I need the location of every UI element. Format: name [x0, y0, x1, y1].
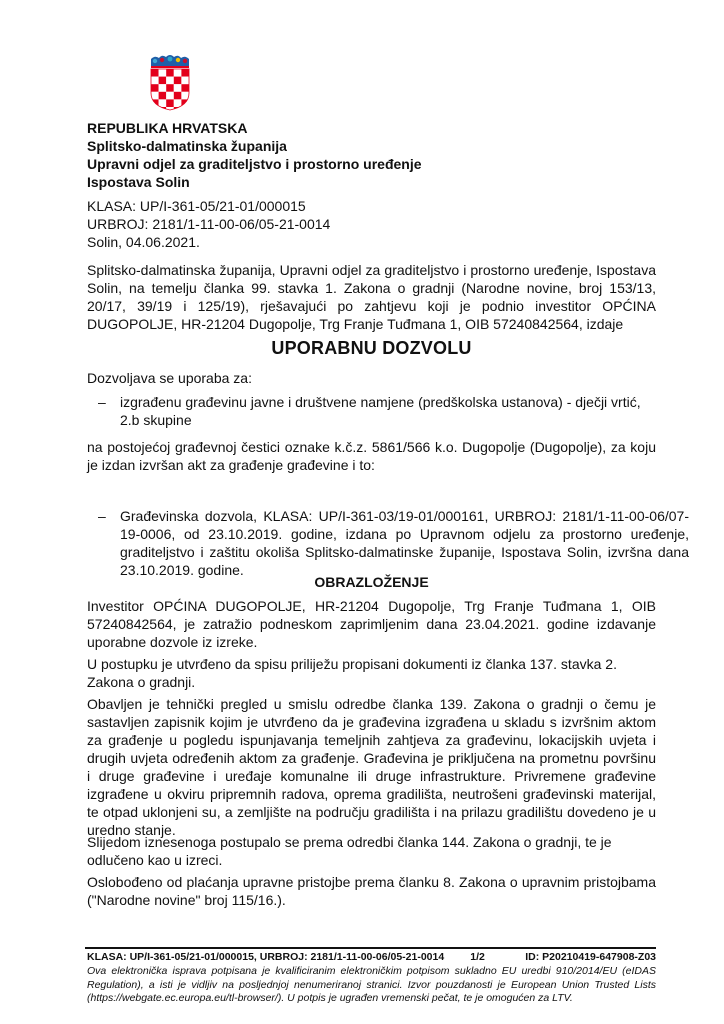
document-id: ID: P20210419-647908-Z03	[525, 951, 656, 964]
header-county: Splitsko-dalmatinska županija	[87, 137, 656, 155]
reasoning-paragraph-4: Slijedom iznesenoga postupalo se prema o…	[87, 833, 656, 869]
footer-divider	[85, 947, 656, 949]
building-permit-text: Građevinska dozvola, KLASA: UP/I-361-03/…	[120, 508, 689, 578]
parcel-paragraph: na postojećoj građevnoj čestici oznake k…	[87, 438, 656, 474]
dash-bullet: –	[98, 507, 106, 525]
ruling-item: – izgrađenu građevinu javne i društvene …	[87, 393, 660, 429]
reasoning-title: OBRAZLOŽENJE	[87, 573, 656, 591]
issuer-header: REPUBLIKA HRVATSKA Splitsko-dalmatinska …	[87, 119, 656, 191]
building-permit-item: – Građevinska dozvola, KLASA: UP/I-361-0…	[87, 507, 689, 579]
reasoning-paragraph-5: Oslobođeno od plaćanja upravne pristojbe…	[87, 873, 656, 909]
ruling-item-text: izgrađenu građevinu javne i društvene na…	[120, 393, 660, 429]
page-number: 1/2	[470, 951, 525, 964]
footer-reference: KLASA: UP/I-361-05/21-01/000015, URBROJ:…	[87, 951, 470, 964]
place-date: Solin, 04.06.2021.	[87, 233, 656, 251]
dash-bullet: –	[98, 393, 106, 411]
document-title: UPORABNU DOZVOLU	[87, 339, 656, 357]
footer-reference-line: KLASA: UP/I-361-05/21-01/000015, URBROJ:…	[87, 951, 656, 964]
urbroj: URBROJ: 2181/1-11-00-06/05-21-0014	[87, 215, 656, 233]
header-department: Upravni odjel za graditeljstvo i prostor…	[87, 155, 656, 173]
reasoning-paragraph-2: U postupku je utvrđeno da spisu prilijež…	[87, 655, 656, 691]
reasoning-paragraph-3: Obavljen je tehnički pregled u smislu od…	[87, 695, 656, 839]
reasoning-paragraph-1: Investitor OPĆINA DUGOPOLJE, HR-21204 Du…	[87, 597, 656, 651]
signature-note: Ova elektronička isprava potpisana je kv…	[87, 965, 656, 1006]
intro-paragraph: Splitsko-dalmatinska županija, Upravni o…	[87, 261, 656, 333]
klasa: KLASA: UP/I-361-05/21-01/000015	[87, 197, 656, 215]
reference-block: KLASA: UP/I-361-05/21-01/000015 URBROJ: …	[87, 197, 656, 251]
header-office: Ispostava Solin	[87, 173, 656, 191]
header-country: REPUBLIKA HRVATSKA	[87, 119, 656, 137]
croatian-coat-of-arms-icon	[147, 53, 193, 111]
ruling-lead: Dozvoljava se uporaba za:	[87, 369, 656, 387]
